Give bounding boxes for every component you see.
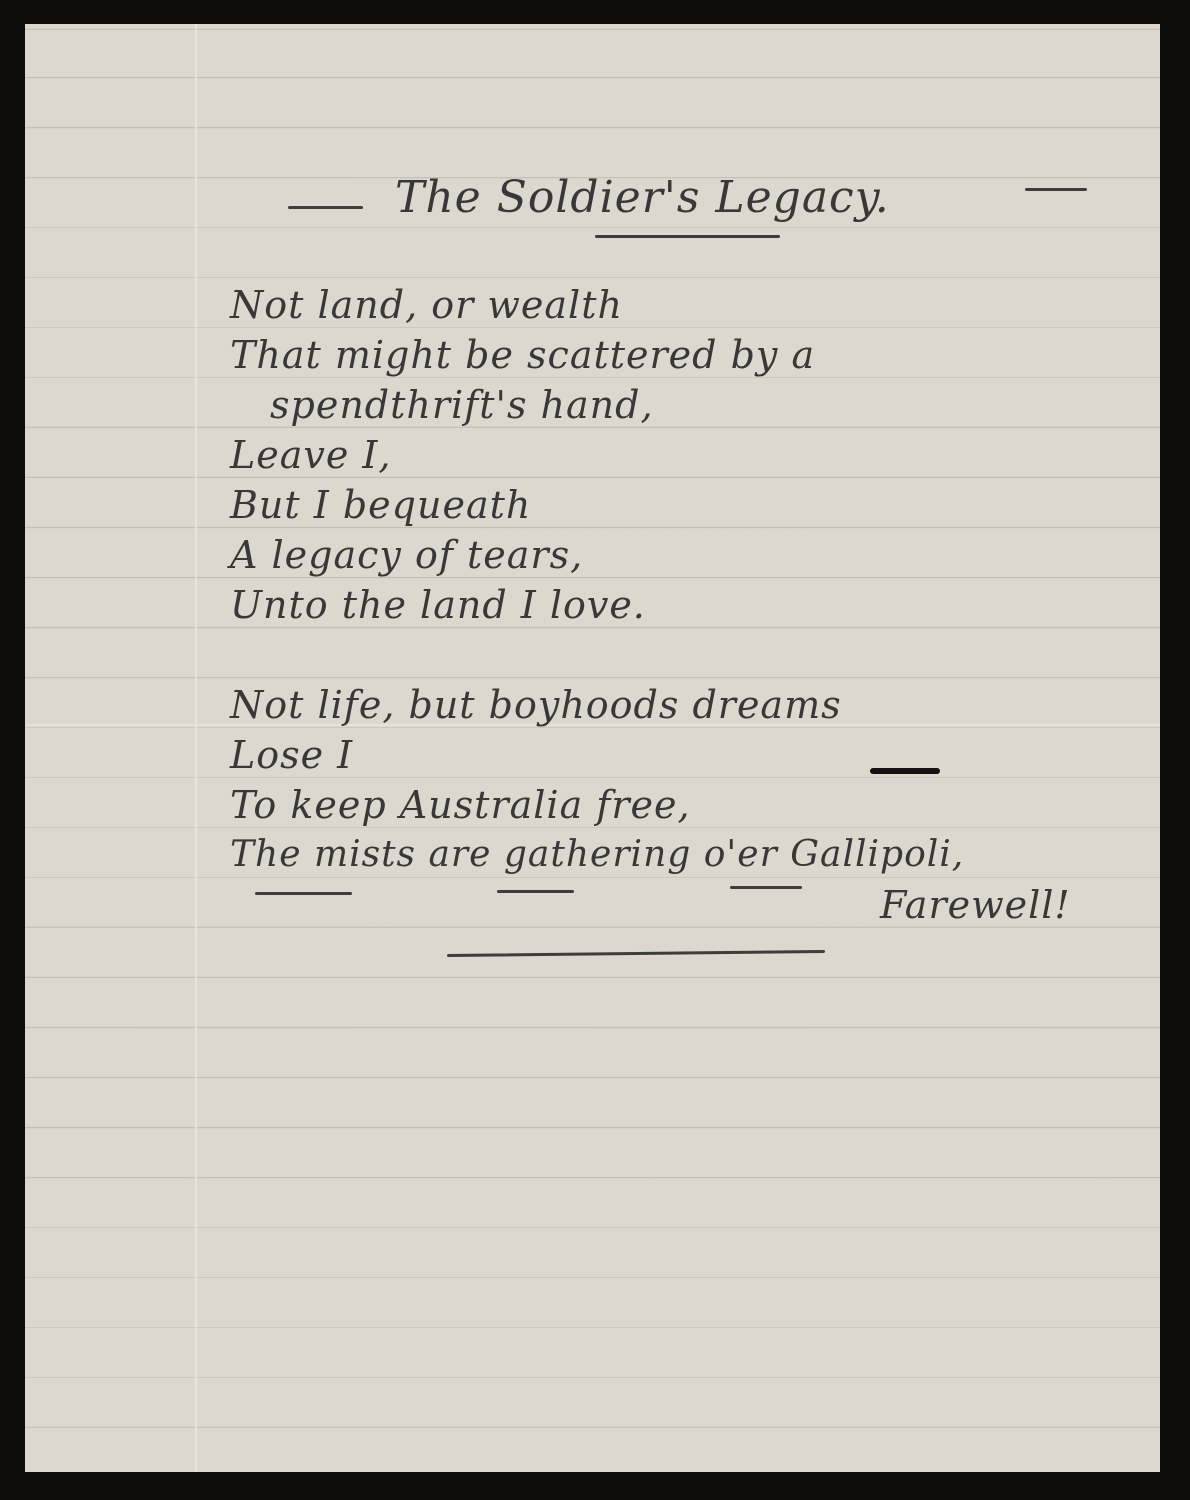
title-dash-left	[288, 206, 363, 209]
poem-line: Lose I	[230, 730, 353, 780]
poem-line: Leave I,	[230, 430, 392, 480]
closing-dash	[255, 892, 352, 895]
poem-line-farewell: Farewell!	[880, 880, 1071, 930]
poem-line: Not land, or wealth	[230, 280, 623, 330]
title-underline	[595, 235, 780, 238]
poem-line: A legacy of tears,	[230, 530, 583, 580]
paper-fold-vertical	[195, 24, 197, 1472]
poem-line: spendthrift's hand,	[270, 380, 654, 430]
poem-line: To keep Australia free,	[230, 780, 691, 830]
poem-line: Not life, but boyhoods dreams	[230, 680, 842, 730]
letter-page: The Soldier's Legacy. Not land, or wealt…	[25, 24, 1160, 1472]
closing-rule	[447, 950, 825, 957]
closing-dash	[497, 890, 574, 893]
poem-title: The Soldier's Legacy.	[395, 172, 890, 223]
closing-dash	[730, 886, 802, 889]
poem-line: Unto the land I love.	[230, 580, 646, 630]
poem-line: That might be scattered by a	[230, 330, 815, 380]
poem-line: But I bequeath	[230, 480, 531, 530]
poem-line: The mists are gathering o'er Gallipoli,	[230, 830, 964, 880]
ink-blot	[870, 768, 940, 774]
title-dash-right	[1025, 188, 1087, 191]
